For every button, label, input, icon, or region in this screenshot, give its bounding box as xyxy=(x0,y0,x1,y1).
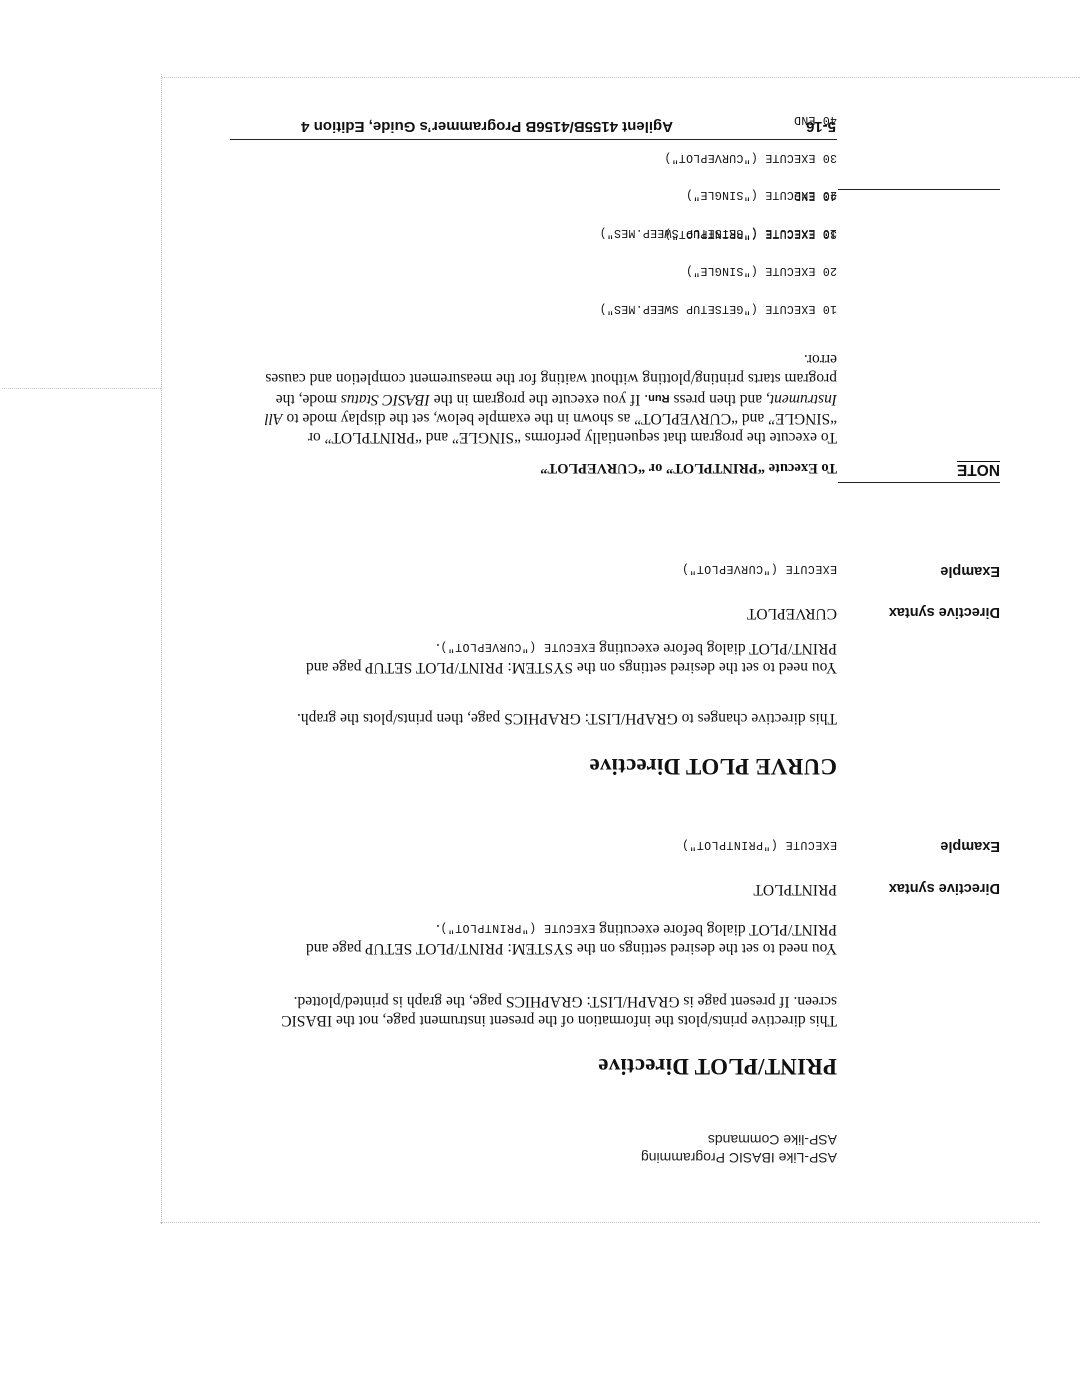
note-text-part-2: , and then press xyxy=(670,391,770,408)
manual-page: ASP-Like IBASIC Programming ASP-like Com… xyxy=(0,0,1080,1399)
program-line: 30 EXECUTE ("CURVEPLOT") xyxy=(599,151,837,164)
footer-rule xyxy=(230,139,837,140)
curve-plot-setup-note-code: EXECUTE ("CURVEPLOT") xyxy=(440,640,595,653)
scan-edge-bottom xyxy=(162,77,1080,78)
curve-plot-syntax-value: CURVEPLOT xyxy=(747,604,837,622)
print-plot-setup-note: You need to set the desired settings on … xyxy=(237,918,837,958)
note-text-part-3: . If you execute the program in the xyxy=(430,391,648,408)
running-head-section: ASP-like Commands xyxy=(641,1131,837,1149)
run-key-label: Run xyxy=(648,392,669,404)
print-plot-example-label: Example xyxy=(940,838,1000,854)
note-title: To Execute “PRINTPLOT” or “CURVEPLOT” xyxy=(540,459,837,476)
book-title: Agilent 4155B/4156B Programmer’s Guide, … xyxy=(301,118,673,135)
print-plot-setup-note-end: . xyxy=(436,921,440,938)
note-rule-bottom xyxy=(838,189,1000,190)
print-plot-syntax-label: Directive syntax xyxy=(889,880,1000,896)
print-plot-syntax-value: PRINTPLOT xyxy=(753,880,837,898)
note-label: NOTE xyxy=(957,460,1000,478)
section-title-print-plot: PRINT/PLOT Directive xyxy=(598,1053,837,1079)
note-text-part-1: To execute the program that sequentially… xyxy=(283,410,837,446)
section-title-curve-plot: CURVE PLOT Directive xyxy=(589,753,837,779)
program-line: 10 EXECUTE ("GETSETUP SWEEP.MES") xyxy=(599,302,837,315)
page-number: 5-16 xyxy=(806,118,836,135)
note-text-status-mode: IBASIC Status xyxy=(341,391,430,408)
program-line: 20 EXECUTE ("SINGLE") xyxy=(599,188,837,201)
curve-plot-description-text: This directive changes to GRAPH/LIST: GR… xyxy=(237,709,837,728)
running-head-chapter: ASP-Like IBASIC Programming xyxy=(641,1149,837,1167)
curve-plot-example-label: Example xyxy=(940,563,1000,579)
running-head: ASP-Like IBASIC Programming ASP-like Com… xyxy=(641,1131,837,1167)
print-plot-example-code: EXECUTE ("PRINTPLOT") xyxy=(682,838,837,851)
curve-plot-example-code: EXECUTE ("CURVEPLOT") xyxy=(682,562,837,575)
note-text: To execute the program that sequentially… xyxy=(237,350,837,447)
curve-plot-setup-note: You need to set the desired settings on … xyxy=(237,637,837,677)
note-rule-top xyxy=(838,482,1000,483)
scan-edge-right xyxy=(161,74,162,1224)
scan-edge-right-tick xyxy=(2,388,162,389)
program-line: 10 EXECUTE ("GETSETUP SWEEP.MES") xyxy=(599,226,837,239)
curve-plot-setup-note-end: . xyxy=(436,640,440,657)
program-line: 20 EXECUTE ("SINGLE") xyxy=(599,264,837,277)
scan-edge-top xyxy=(160,1222,1040,1223)
print-plot-description: This directive prints/plots the informat… xyxy=(237,992,837,1030)
note-program-curveplot: 10 EXECUTE ("GETSETUP SWEEP.MES") 20 EXE… xyxy=(599,88,837,263)
print-plot-setup-note-code: EXECUTE ("PRINTPLOT") xyxy=(440,921,595,934)
curve-plot-syntax-label: Directive syntax xyxy=(889,604,1000,620)
print-plot-description-text: This directive prints/plots the informat… xyxy=(237,992,837,1030)
curve-plot-description: This directive changes to GRAPH/LIST: GR… xyxy=(237,709,837,728)
